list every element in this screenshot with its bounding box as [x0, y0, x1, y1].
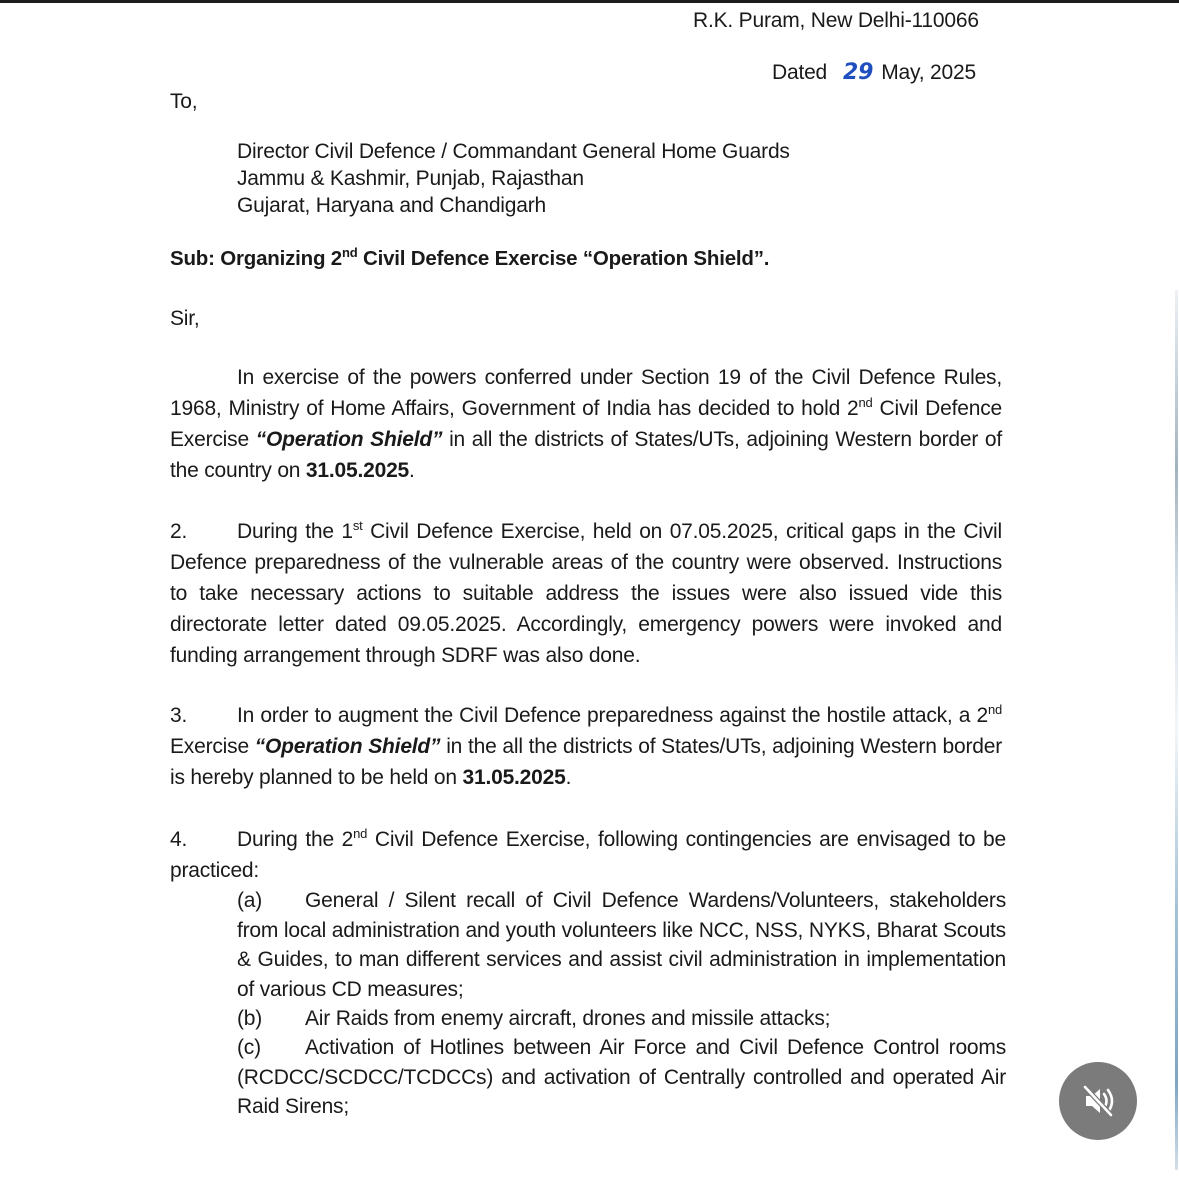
- paragraph-2: 2.During the 1st Civil Defence Exercise,…: [170, 516, 1002, 671]
- recipient-block: Director Civil Defence / Commandant Gene…: [237, 138, 790, 219]
- exercise-date: 31.05.2025: [463, 766, 566, 789]
- operation-name: “Operation Shield”: [255, 735, 441, 758]
- paragraph-number: 3.: [170, 700, 237, 731]
- subject-line: Sub: Organizing 2nd Civil Defence Exerci…: [170, 243, 769, 274]
- operation-name: “Operation Shield”: [256, 428, 443, 451]
- dated-month-year: May, 2025: [881, 61, 976, 84]
- exercise-date: 31.05.2025: [306, 459, 409, 482]
- paragraph-3: 3.In order to augment the Civil Defence …: [170, 700, 1002, 793]
- contingency-label: (b): [237, 1004, 305, 1034]
- mute-toggle-button[interactable]: [1059, 1062, 1137, 1140]
- contingency-text: Activation of Hotlines between Air Force…: [237, 1036, 1006, 1118]
- recipient-line: Jammu & Kashmir, Punjab, Rajasthan: [237, 165, 790, 192]
- paragraph-number: 4.: [170, 824, 237, 855]
- paragraph-number: 2.: [170, 516, 237, 547]
- dated-label: Dated: [772, 61, 827, 84]
- recipient-line: Director Civil Defence / Commandant Gene…: [237, 138, 790, 165]
- contingency-text: Air Raids from enemy aircraft, drones an…: [305, 1007, 830, 1030]
- paragraph-4: 4.During the 2nd Civil Defence Exercise,…: [170, 824, 1006, 886]
- contingency-item-a: (a)General / Silent recall of Civil Defe…: [237, 886, 1006, 1004]
- salutation: Sir,: [170, 303, 200, 334]
- contingency-item-c: (c)Activation of Hotlines between Air Fo…: [237, 1033, 1006, 1122]
- letter-document: R.K. Puram, New Delhi-110066 Dated29May,…: [0, 0, 1179, 1178]
- contingency-item-b: (b)Air Raids from enemy aircraft, drones…: [237, 1004, 1006, 1034]
- date-line: Dated29May, 2025: [772, 57, 976, 88]
- to-label: To,: [170, 86, 197, 117]
- recipient-line: Gujarat, Haryana and Chandigarh: [237, 192, 790, 219]
- paragraph-1: In exercise of the powers conferred unde…: [170, 362, 1002, 486]
- contingency-label: (a): [237, 886, 305, 916]
- sender-address: R.K. Puram, New Delhi-110066: [693, 5, 979, 36]
- speaker-muted-icon: [1078, 1081, 1118, 1121]
- handwritten-day: 29: [843, 60, 873, 85]
- contingency-label: (c): [237, 1033, 305, 1063]
- contingency-text: General / Silent recall of Civil Defence…: [237, 889, 1006, 1001]
